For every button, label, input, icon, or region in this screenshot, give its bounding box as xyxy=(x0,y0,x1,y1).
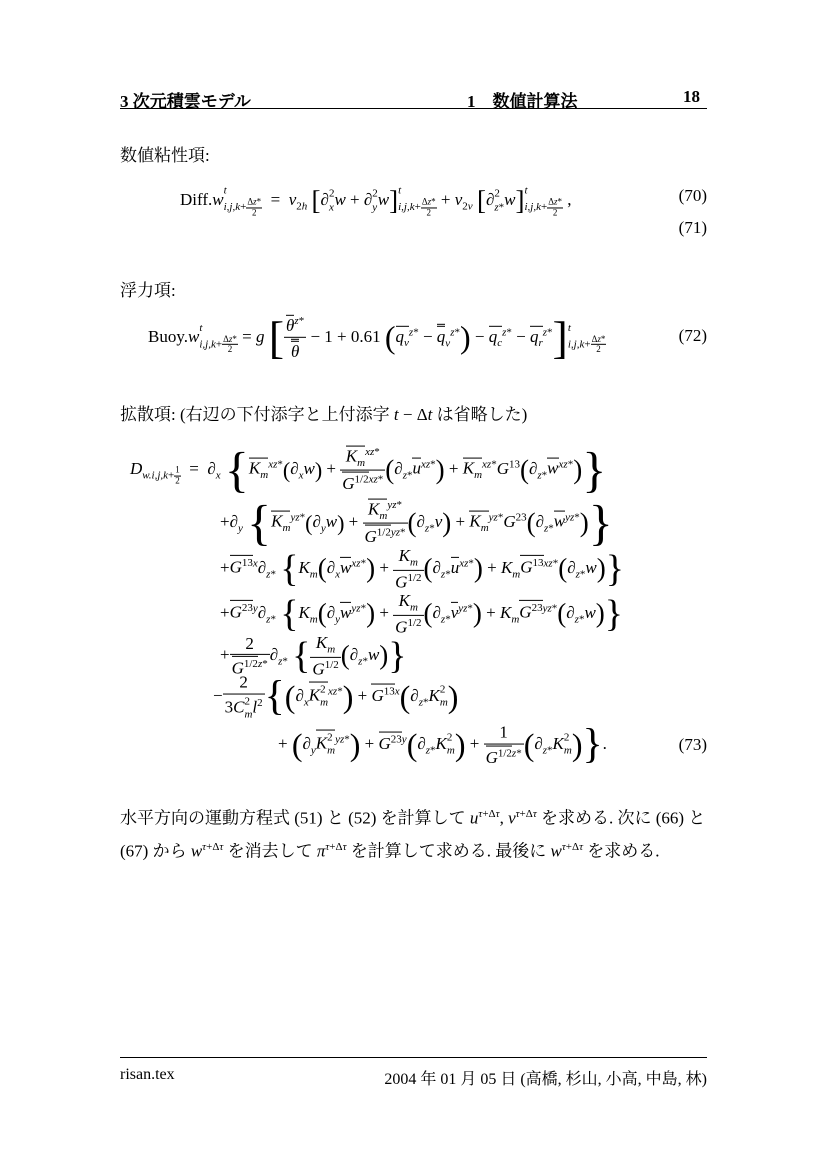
equation-72: Buoy.wti,j,k+Δz*2 = g [θz*θ − 1 + 0.61 (… xyxy=(148,315,606,361)
equation-number-72: (72) xyxy=(679,326,707,346)
header-rule xyxy=(120,108,707,109)
buoyancy-label: 浮力項: xyxy=(120,276,176,301)
equation-number-73: (73) xyxy=(679,735,707,755)
equation-73-line6: −23C2ml2{(∂xK2mxz*) + G13x(∂z*K2m) xyxy=(213,673,458,722)
equation-73-line2: +∂y {Kmyz*(∂yw) + Kmyz*G1/2yz*(∂z*v) + K… xyxy=(220,499,613,548)
equation-number-71: (71) xyxy=(679,218,707,238)
body-paragraph-line1: 水平方向の運動方程式 (51) と (52) を計算して uτ+Δτ, vτ+Δ… xyxy=(120,800,712,833)
equation-73-line4: +G23y∂z* {Km(∂ywyz*) + KmG1/2(∂z*vyz*) +… xyxy=(220,591,623,637)
equation-70: Diff.wti,j,k+Δz*2 = ν2h [∂2xw + ∂2yw]ti,… xyxy=(180,184,572,217)
footer-rule xyxy=(120,1057,707,1058)
equation-number-70: (70) xyxy=(679,186,707,206)
body-paragraph: 水平方向の運動方程式 (51) と (52) を計算して uτ+Δτ, vτ+Δ… xyxy=(120,800,712,865)
document-page: 3 次元積雲モデル 1 数値計算法 18 数値粘性項: Diff.wti,j,k… xyxy=(0,0,826,1169)
header-page-number: 18 xyxy=(683,87,700,107)
equation-73-line3: +G13x∂z* {Km(∂xwxz*) + KmG1/2(∂z*uxz*) +… xyxy=(220,546,624,592)
footer-date-authors: 2004 年 01 月 05 日 (高橋, 杉山, 小高, 中島, 林) xyxy=(384,1066,707,1089)
footer-filename: risan.tex xyxy=(120,1066,175,1084)
viscosity-label: 数値粘性項: xyxy=(120,141,210,166)
equation-73-line7: + (∂yK2myz*) + G23y(∂z*K2m) + 1G1/2z*(∂z… xyxy=(278,723,607,768)
equation-73-line1: Dw.i,j,k+12 = ∂x {Kmxz*(∂xw) + Kmxz*G1/2… xyxy=(130,446,606,495)
diffusion-label: 拡散項: (右辺の下付添字と上付添字 t − Δt は省略した) xyxy=(120,400,527,425)
body-paragraph-line2: (67) から wτ+Δτ を消去して πτ+Δτ を計算して求める. 最後に … xyxy=(120,833,712,866)
